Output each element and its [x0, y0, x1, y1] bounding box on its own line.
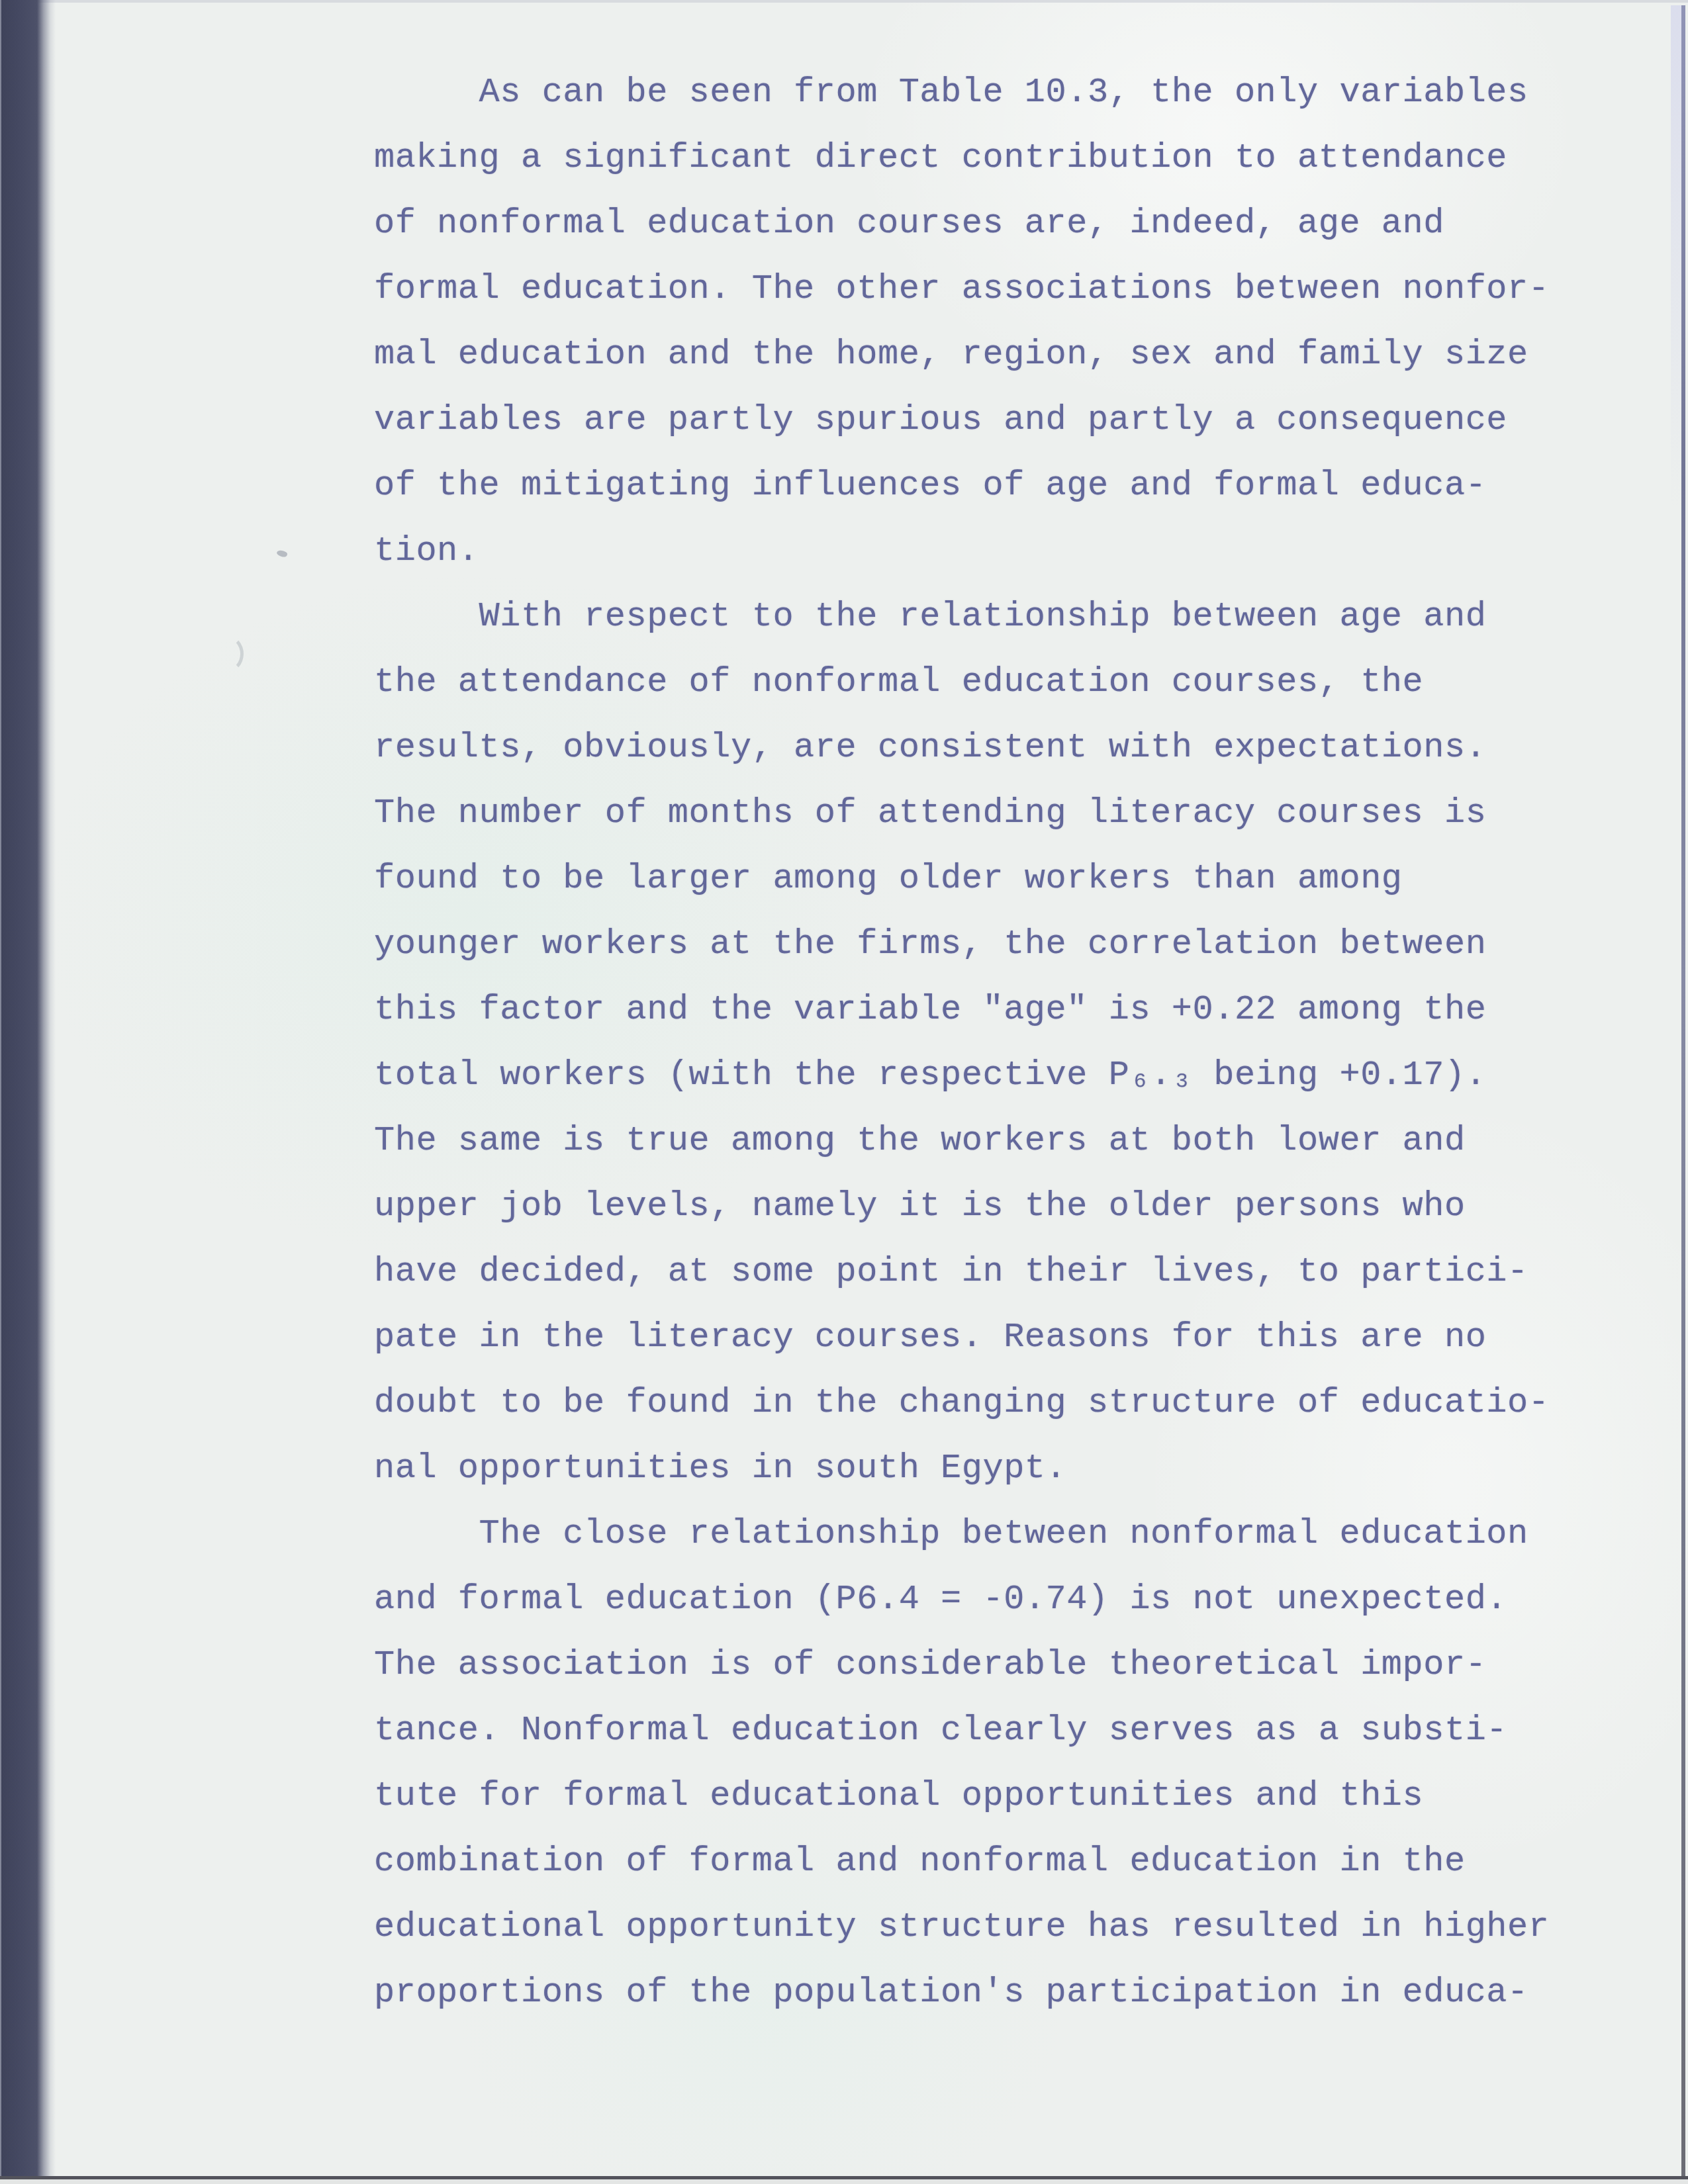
text-line: making a significant direct contribution…: [374, 125, 1579, 191]
scan-top-edge: [0, 0, 1688, 3]
text-line: mal education and the home, region, sex …: [374, 322, 1579, 387]
text-line: have decided, at some point in their liv…: [374, 1239, 1579, 1304]
binding-shadow-left: [0, 0, 56, 2177]
text-line: total workers (with the respective P₆.₃ …: [374, 1042, 1579, 1108]
text-line: educational opportunity structure has re…: [374, 1894, 1579, 1960]
text-line: of the mitigating influences of age and …: [374, 453, 1579, 518]
text-line: younger workers at the firms, the correl…: [374, 911, 1579, 977]
text-line: combination of formal and nonformal educ…: [374, 1829, 1579, 1894]
text-line: this factor and the variable "age" is +0…: [374, 977, 1579, 1042]
scan-bottom-strip: [0, 2179, 1688, 2184]
scanned-page: As can be seen from Table 10.3, the only…: [0, 0, 1688, 2184]
scan-right-edge-halo: [1671, 5, 1681, 508]
text-line: of nonformal education courses are, inde…: [374, 191, 1579, 256]
text-line: results, obviously, are consistent with …: [374, 715, 1579, 780]
text-line: and formal education (P6.4 = -0.74) is n…: [374, 1567, 1579, 1632]
text-line: As can be seen from Table 10.3, the only…: [374, 60, 1579, 125]
text-line: The number of months of attending litera…: [374, 780, 1579, 846]
text-line: tance. Nonformal education clearly serve…: [374, 1698, 1579, 1763]
text-line: the attendance of nonformal education co…: [374, 649, 1579, 715]
text-line: The close relationship between nonformal…: [374, 1501, 1579, 1567]
text-line: found to be larger among older workers t…: [374, 846, 1579, 911]
text-line: proportions of the population's particip…: [374, 1960, 1579, 2025]
text-line: With respect to the relationship between…: [374, 584, 1579, 649]
text-line: doubt to be found in the changing struct…: [374, 1370, 1579, 1435]
scan-right-edge-line: [1681, 5, 1685, 2177]
text-line: upper job levels, namely it is the older…: [374, 1173, 1579, 1239]
text-line: tute for formal educational opportunitie…: [374, 1763, 1579, 1829]
text-line: formal education. The other associations…: [374, 256, 1579, 322]
text-line: pate in the literacy courses. Reasons fo…: [374, 1304, 1579, 1370]
smudge-mark: [211, 635, 244, 672]
text-line: The association is of considerable theor…: [374, 1632, 1579, 1698]
text-line: The same is true among the workers at bo…: [374, 1108, 1579, 1173]
text-line: tion.: [374, 518, 1579, 584]
smudge-mark: [276, 549, 288, 559]
text-line: variables are partly spurious and partly…: [374, 387, 1579, 453]
text-block: As can be seen from Table 10.3, the only…: [374, 60, 1579, 2025]
text-line: nal opportunities in south Egypt.: [374, 1435, 1579, 1501]
